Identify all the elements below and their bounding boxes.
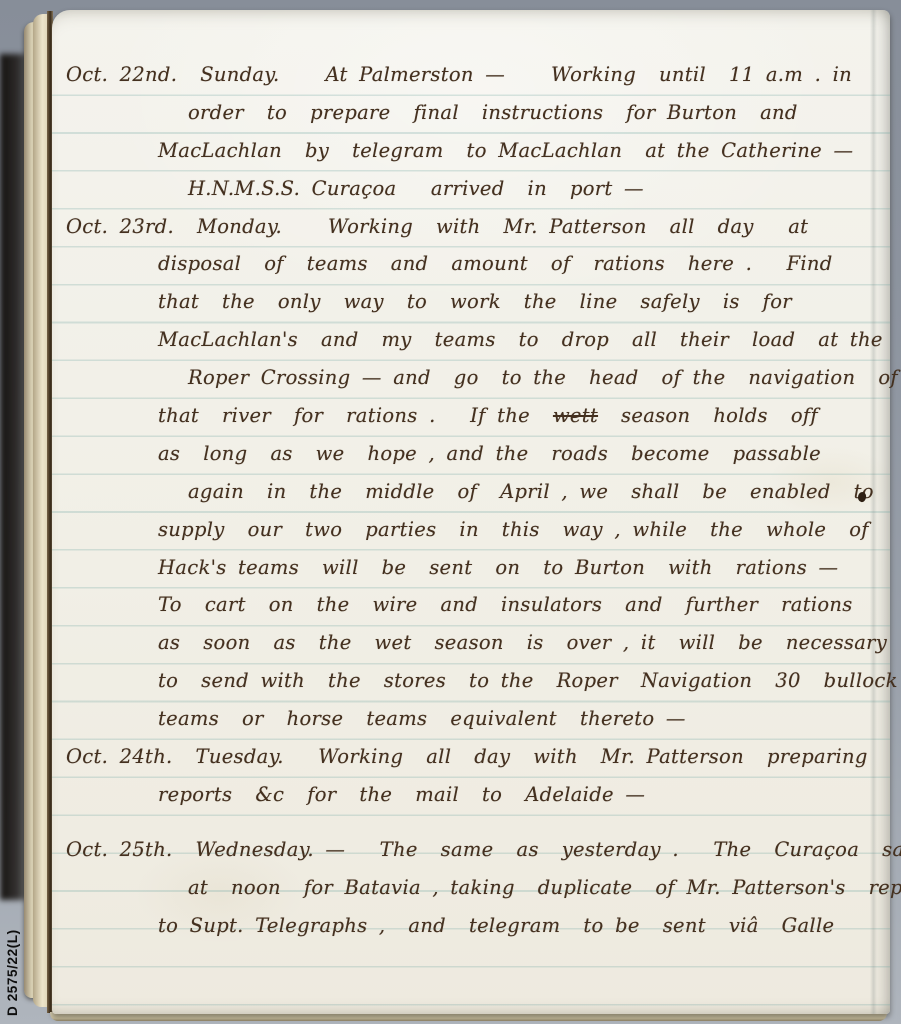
handwriting-lines: Oct. 22nd. Sunday. At Palmerston — Worki… — [52, 10, 890, 1014]
diary-line: teams or horse teams equivalent thereto … — [158, 700, 884, 738]
diary-line-date: Oct. 23rd. Monday. Working with Mr. Patt… — [66, 208, 884, 246]
diary-line: to Supt. Telegraphs , and telegram to be… — [158, 907, 884, 945]
diary-line: MacLachlan's and my teams to drop all th… — [158, 321, 884, 359]
diary-line: disposal of teams and amount of rations … — [158, 245, 884, 283]
diary-line: to send with the stores to the Roper Nav… — [158, 662, 884, 700]
diary-line: H.N.M.S.S. Curaçoa arrived in port — — [188, 170, 884, 208]
diary-line: that the only way to work the line safel… — [158, 283, 884, 321]
diary-line: again in the middle of April , we shall … — [188, 473, 884, 511]
diary-line: MacLachlan by telegram to MacLachlan at … — [158, 132, 884, 170]
diary-line: reports &c for the mail to Adelaide — — [158, 776, 884, 814]
diary-line: Roper Crossing — and go to the head of t… — [188, 359, 884, 397]
diary-line: Hack's teams will be sent on to Burton w… — [158, 549, 884, 587]
notebook: Oct. 22nd. Sunday. At Palmerston — Worki… — [24, 10, 890, 1014]
diary-line-date: Oct. 25th. Wednesday. — The same as yest… — [66, 831, 884, 869]
diary-line-date: Oct. 22nd. Sunday. At Palmerston — Worki… — [66, 56, 884, 94]
scanned-diary-photo: D 2575/22(L) Oct. 22nd. Sunday. At Palme… — [0, 0, 901, 1024]
diary-line: supply our two parties in this way , whi… — [158, 511, 884, 549]
diary-page: Oct. 22nd. Sunday. At Palmerston — Worki… — [52, 10, 890, 1014]
diary-line: order to prepare final instructions for … — [188, 94, 884, 132]
archive-reference-label: D 2575/22(L) — [5, 898, 20, 1016]
diary-line-date: Oct. 24th. Tuesday. Working all day with… — [66, 738, 884, 776]
diary-line: To cart on the wire and insulators and f… — [158, 586, 884, 624]
diary-line: at noon for Batavia , taking duplicate o… — [188, 869, 884, 907]
diary-line: as long as we hope , and the roads becom… — [158, 435, 884, 473]
diary-line: as soon as the wet season is over , it w… — [158, 624, 884, 662]
diary-line: that river for rations . If the wett sea… — [158, 397, 884, 435]
